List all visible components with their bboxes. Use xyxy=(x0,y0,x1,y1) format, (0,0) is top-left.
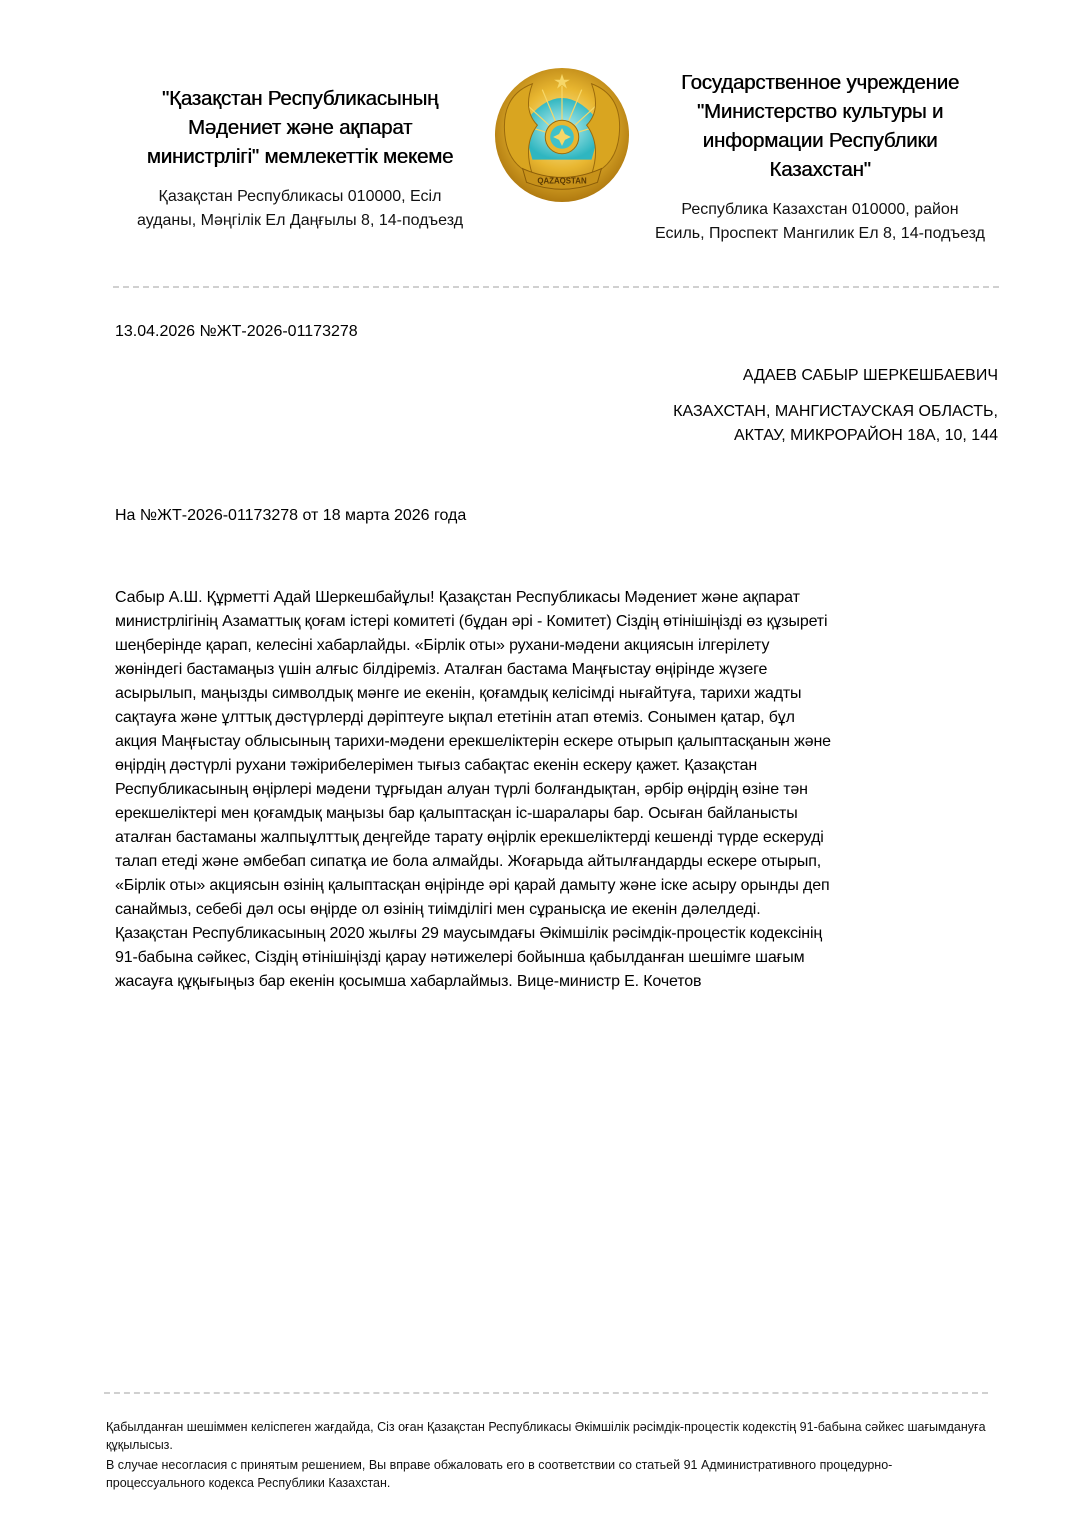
footer-notice-kazakh: Қабылданған шешіммен келіспеген жағдайда… xyxy=(106,1418,986,1454)
recipient-name: АДАЕВ САБЫР ШЕРКЕШБАЕВИЧ xyxy=(673,364,998,388)
org-name-line: министрлігі" мемлекеттік мекеме xyxy=(110,142,490,171)
org-name-kazakh: "Қазақстан Республикасының Мәдениет және… xyxy=(110,84,490,171)
body-line: санаймыз, себебі дәл осы өңірде ол өзіні… xyxy=(115,898,995,922)
body-line: талап етеді және әмбебап сипатқа ие бола… xyxy=(115,850,995,874)
body-line: асырылып, маңызды символдық мәнге ие еке… xyxy=(115,682,995,706)
org-name-russian: Государственное учреждение "Министерство… xyxy=(630,68,1010,184)
state-emblem-icon: QAZAQSTAN xyxy=(493,66,631,204)
body-line: шеңберінде қарап, келесіні хабарлайды. «… xyxy=(115,634,995,658)
address-line: Қазақстан Республикасы 010000, Есіл xyxy=(110,185,490,209)
org-name-line: Мәдениет және ақпарат xyxy=(110,113,490,142)
footer-notice-russian: В случае несогласия с принятым решением,… xyxy=(106,1456,986,1492)
org-name-line: информации Республики xyxy=(630,126,1010,155)
body-line: өңірдің дәстүрлі рухани тәжірибелерімен … xyxy=(115,754,995,778)
recipient-address-line: КАЗАХСТАН, МАНГИСТАУСКАЯ ОБЛАСТЬ, xyxy=(673,400,998,424)
org-address-russian: Республика Казахстан 010000, район Есиль… xyxy=(630,198,1010,246)
body-line: сақтауға және ұлттық дәстүрлерді дәріпте… xyxy=(115,706,995,730)
svg-text:QAZAQSTAN: QAZAQSTAN xyxy=(537,176,587,185)
org-name-line: "Министерство культуры и xyxy=(630,97,1010,126)
body-line: жасауға құқығыңыз бар екенін қосымша хаб… xyxy=(115,970,995,994)
body-line: ерекшеліктері мен қоғамдық маңызы бар қа… xyxy=(115,802,995,826)
header-right-russian: Государственное учреждение "Министерство… xyxy=(630,68,1010,246)
header-separator xyxy=(113,286,999,288)
address-line: ауданы, Мәңгілік Ел Даңғылы 8, 14-подъез… xyxy=(110,209,490,233)
body-line: акция Маңғыстау облысының тарихи-мәдени … xyxy=(115,730,995,754)
footer-separator xyxy=(104,1392,988,1394)
body-line: министрлігінің Азаматтық қоғам істері ко… xyxy=(115,610,995,634)
in-reply-to: На №ЖТ-2026-01173278 от 18 марта 2026 го… xyxy=(115,507,466,525)
org-name-line: "Қазақстан Республикасының xyxy=(110,84,490,113)
body-line: Қазақстан Республикасының 2020 жылғы 29 … xyxy=(115,922,995,946)
address-line: Республика Казахстан 010000, район xyxy=(630,198,1010,222)
body-line: аталған бастаманы жалпыұлттық деңгейде т… xyxy=(115,826,995,850)
address-line: Есиль, Проспект Мангилик Ел 8, 14-подъез… xyxy=(630,222,1010,246)
recipient-block: АДАЕВ САБЫР ШЕРКЕШБАЕВИЧ КАЗАХСТАН, МАНГ… xyxy=(673,364,998,448)
header-left-kazakh: "Қазақстан Республикасының Мәдениет және… xyxy=(110,84,490,233)
body-line: «Бірлік оты» акциясын өзінің қалыптасқан… xyxy=(115,874,995,898)
body-line: 91-бабына сәйкес, Сіздің өтінішіңізді қа… xyxy=(115,946,995,970)
org-name-line: Казахстан" xyxy=(630,155,1010,184)
body-line: Республикасының өңірлері мәдени тұрғыдан… xyxy=(115,778,995,802)
recipient-address-line: АКТАУ, МИКРОРАЙОН 18А, 10, 144 xyxy=(673,424,998,448)
org-address-kazakh: Қазақстан Республикасы 010000, Есіл ауда… xyxy=(110,185,490,233)
footer-notice: Қабылданған шешіммен келіспеген жағдайда… xyxy=(106,1418,986,1494)
body-line: Сабыр А.Ш. Құрметті Адай Шеркешбайұлы! Қ… xyxy=(115,586,995,610)
outgoing-reference: 13.04.2026 №ЖТ-2026-01173278 xyxy=(115,323,358,341)
org-name-line: Государственное учреждение xyxy=(630,68,1010,97)
letter-body: Сабыр А.Ш. Құрметті Адай Шеркешбайұлы! Қ… xyxy=(115,586,995,994)
body-line: жөніндегі бастамаңыз үшін алғыс білдірем… xyxy=(115,658,995,682)
